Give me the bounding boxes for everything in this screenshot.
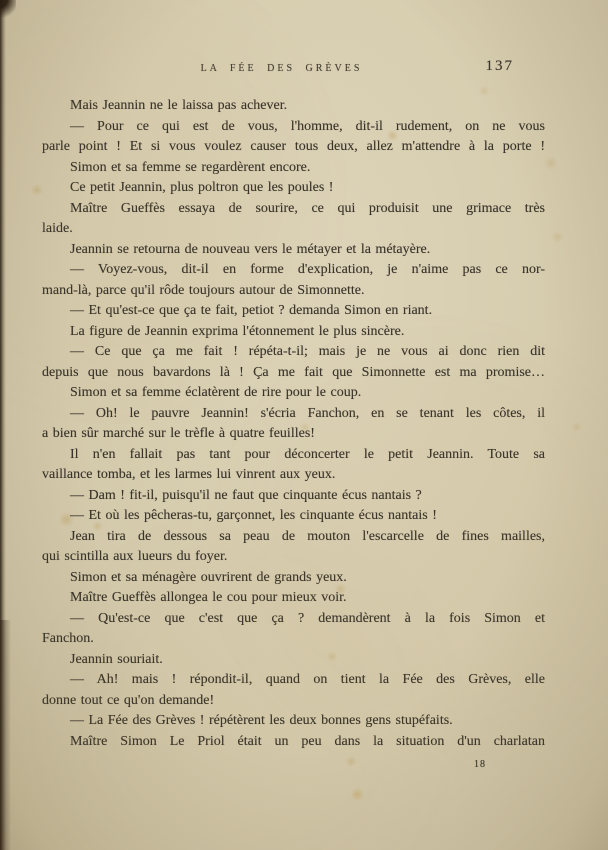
text-line: a bien sûr marché sur le trèfle à quatre… bbox=[42, 424, 545, 445]
text-line: — Dam ! fit-il, puisqu'il ne faut que ci… bbox=[42, 486, 545, 507]
text-line: Ce petit Jeannin, plus poltron que les p… bbox=[42, 178, 545, 199]
text-line: Fanchon. bbox=[42, 629, 545, 650]
text-line: Simon et sa femme se regardèrent encore. bbox=[42, 158, 545, 179]
signature-mark: 18 bbox=[474, 759, 486, 770]
binding-edge-shadow-bottom bbox=[0, 620, 11, 850]
book-page-scan: LA FÉE DES GRÈVES 137 Mais Jeannin ne le… bbox=[0, 0, 608, 850]
running-title: LA FÉE DES GRÈVES bbox=[42, 63, 521, 74]
text-line: — Pour ce qui est de vous, l'homme, dit-… bbox=[42, 117, 545, 138]
foxing-spot bbox=[551, 231, 564, 243]
text-line: La figure de Jeannin exprima l'étonnemen… bbox=[42, 322, 545, 343]
text-line: parle point ! Et si vous voulez causer t… bbox=[42, 137, 545, 158]
text-line: — La Fée des Grèves ! répétèrent les deu… bbox=[42, 711, 545, 732]
text-line: — Et qu'est-ce que ça te fait, petiot ? … bbox=[42, 301, 545, 322]
text-line: Jean tira de dessous sa peau de mouton l… bbox=[42, 527, 545, 548]
text-line: Maître Gueffès allongea le cou pour mieu… bbox=[42, 588, 545, 609]
text-line: — Qu'est-ce que c'est que ça ? demandère… bbox=[42, 609, 545, 630]
text-line: — Et où les pêcheras-tu, garçonnet, les … bbox=[42, 506, 545, 527]
text-line: donne tout ce qu'on demande! bbox=[42, 691, 545, 712]
text-line: Jeannin souriait. bbox=[42, 650, 545, 671]
text-line: mand-là, parce qu'il rôde toujours autou… bbox=[42, 281, 545, 302]
text-body: Mais Jeannin ne le laissa pas achever.— … bbox=[42, 96, 545, 752]
text-line: — Ce que ça me fait ! répéta-t-il; mais … bbox=[42, 342, 545, 363]
text-line: — Ah! mais ! répondit-il, quand on tient… bbox=[42, 670, 545, 691]
text-line: Mais Jeannin ne le laissa pas achever. bbox=[42, 96, 545, 117]
text-line: Jeannin se retourna de nouveau vers le m… bbox=[42, 240, 545, 261]
page-corner-shadow bbox=[0, 0, 16, 20]
text-line: Maître Gueffès essaya de sourire, ce qui… bbox=[42, 199, 545, 220]
text-line: Il n'en fallait pas tant pour déconcerte… bbox=[42, 445, 545, 466]
foxing-spot bbox=[345, 756, 357, 767]
text-line: qui scintilla aux lueurs du foyer. bbox=[42, 547, 545, 568]
foxing-spot bbox=[543, 156, 559, 170]
text-line: Maître Simon Le Priol était un peu dans … bbox=[42, 732, 545, 753]
text-line: depuis que nous bavardons là ! Ça me fai… bbox=[42, 363, 545, 384]
text-line: Simon et sa femme éclatèrent de rire pou… bbox=[42, 383, 545, 404]
foxing-spot bbox=[571, 422, 582, 432]
page-header: LA FÉE DES GRÈVES 137 bbox=[42, 58, 545, 80]
text-line: Simon et sa ménagère ouvrirent de grands… bbox=[42, 568, 545, 589]
text-line: — Oh! le pauvre Jeannin! s'écria Fanchon… bbox=[42, 404, 545, 425]
text-line: vaillance tomba, et les larmes lui vinre… bbox=[42, 465, 545, 486]
text-line: — Voyez-vous, dit-il en forme d'explicat… bbox=[42, 260, 545, 281]
foxing-spot bbox=[478, 86, 490, 96]
text-line: laide. bbox=[42, 219, 545, 240]
page-number: 137 bbox=[486, 58, 515, 75]
foxing-spot bbox=[350, 788, 365, 801]
